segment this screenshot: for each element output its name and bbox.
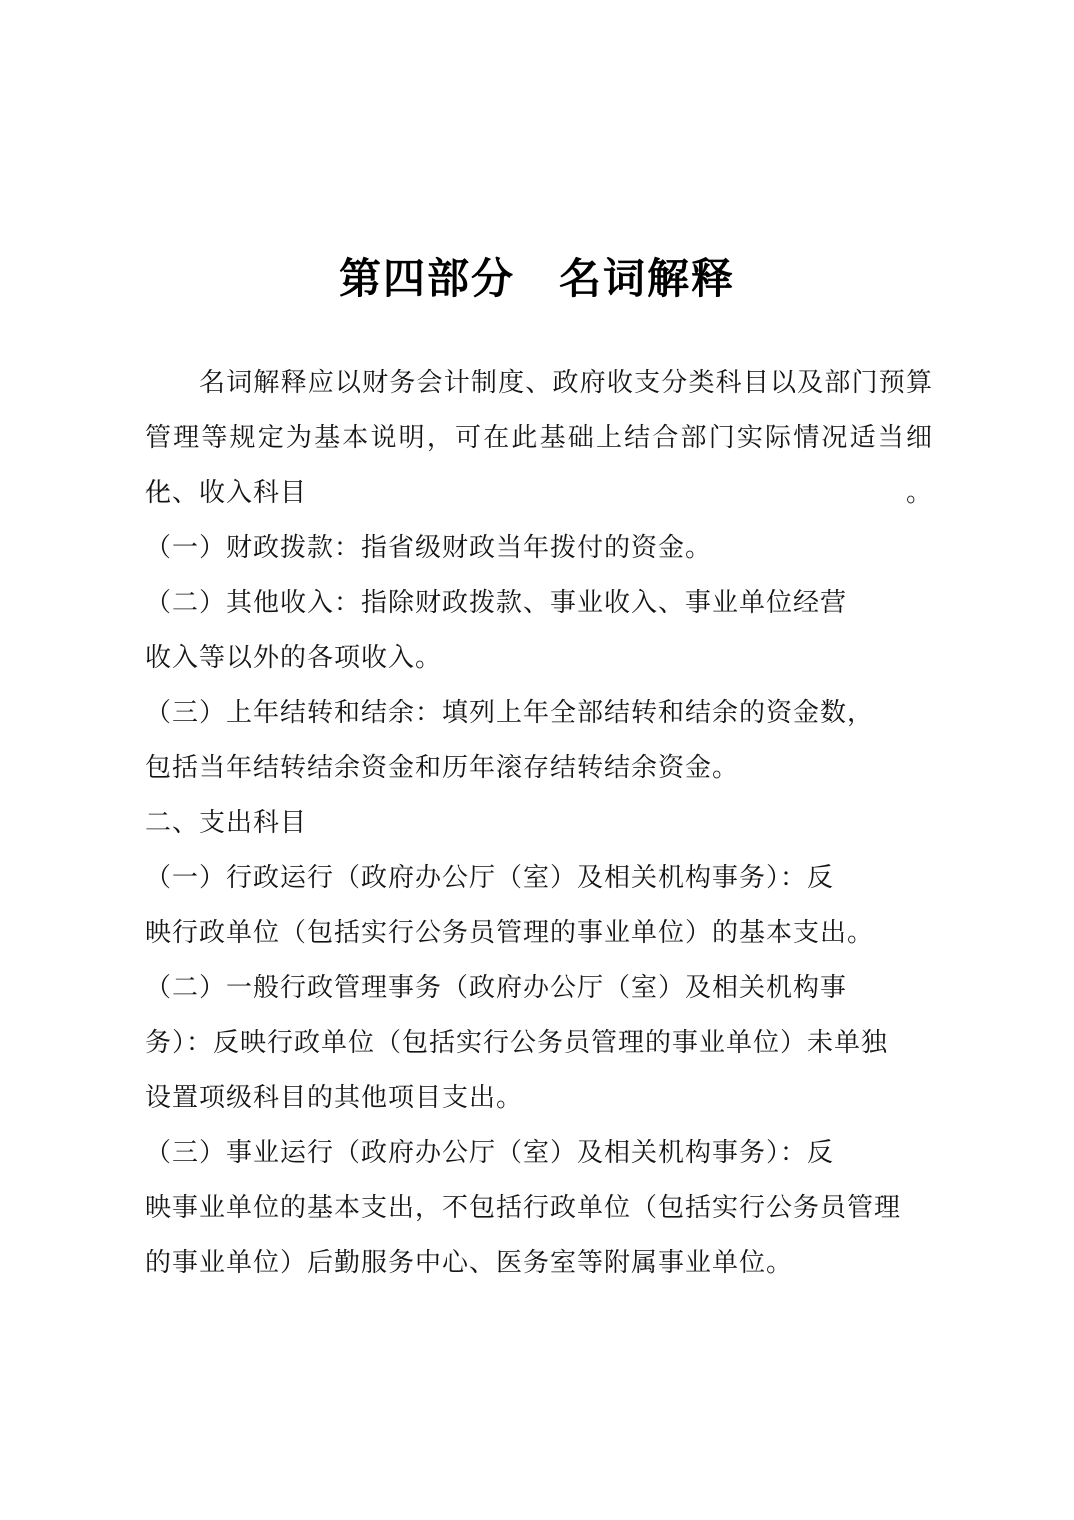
- body-line: （三）事业运行（政府办公厅（室）及相关机构事务）：反: [145, 1125, 933, 1180]
- body-line: （三）上年结转和结余：填列上年全部结转和结余的资金数，: [145, 685, 933, 740]
- body-line: 映事业单位的基本支出，不包括行政单位（包括实行公务员管理: [145, 1180, 933, 1235]
- body-line: 名词解释应以财务会计制度、政府收支分类科目以及部门预算: [145, 355, 933, 410]
- document-page: 第四部分 名词解释 名词解释应以财务会计制度、政府收支分类科目以及部门预算 管理…: [0, 0, 1074, 1520]
- body-line: （一）财政拨款：指省级财政当年拨付的资金。: [145, 520, 933, 575]
- body-line: 管理等规定为基本说明，可在此基础上结合部门实际情况适当细化。: [145, 410, 933, 465]
- body-line: 的事业单位）后勤服务中心、医务室等附属事业单位。: [145, 1235, 933, 1290]
- body-line: （二）一般行政管理事务（政府办公厅（室）及相关机构事: [145, 960, 933, 1015]
- body-line: 映行政单位（包括实行公务员管理的事业单位）的基本支出。: [145, 905, 933, 960]
- body-line: （二）其他收入：指除财政拨款、事业收入、事业单位经营: [145, 575, 933, 630]
- document-title: 第四部分 名词解释: [0, 256, 1074, 304]
- body-line: （一）行政运行（政府办公厅（室）及相关机构事务）：反: [145, 850, 933, 905]
- body-line: 包括当年结转结余资金和历年滚存结转结余资金。: [145, 740, 933, 795]
- body-line: 设置项级科目的其他项目支出。: [145, 1070, 933, 1125]
- body-line: 二、支出科目: [145, 795, 933, 850]
- body-line: 收入等以外的各项收入。: [145, 630, 933, 685]
- document-body: 名词解释应以财务会计制度、政府收支分类科目以及部门预算 管理等规定为基本说明，可…: [145, 355, 933, 1290]
- body-line: 务）：反映行政单位（包括实行公务员管理的事业单位）未单独: [145, 1015, 933, 1070]
